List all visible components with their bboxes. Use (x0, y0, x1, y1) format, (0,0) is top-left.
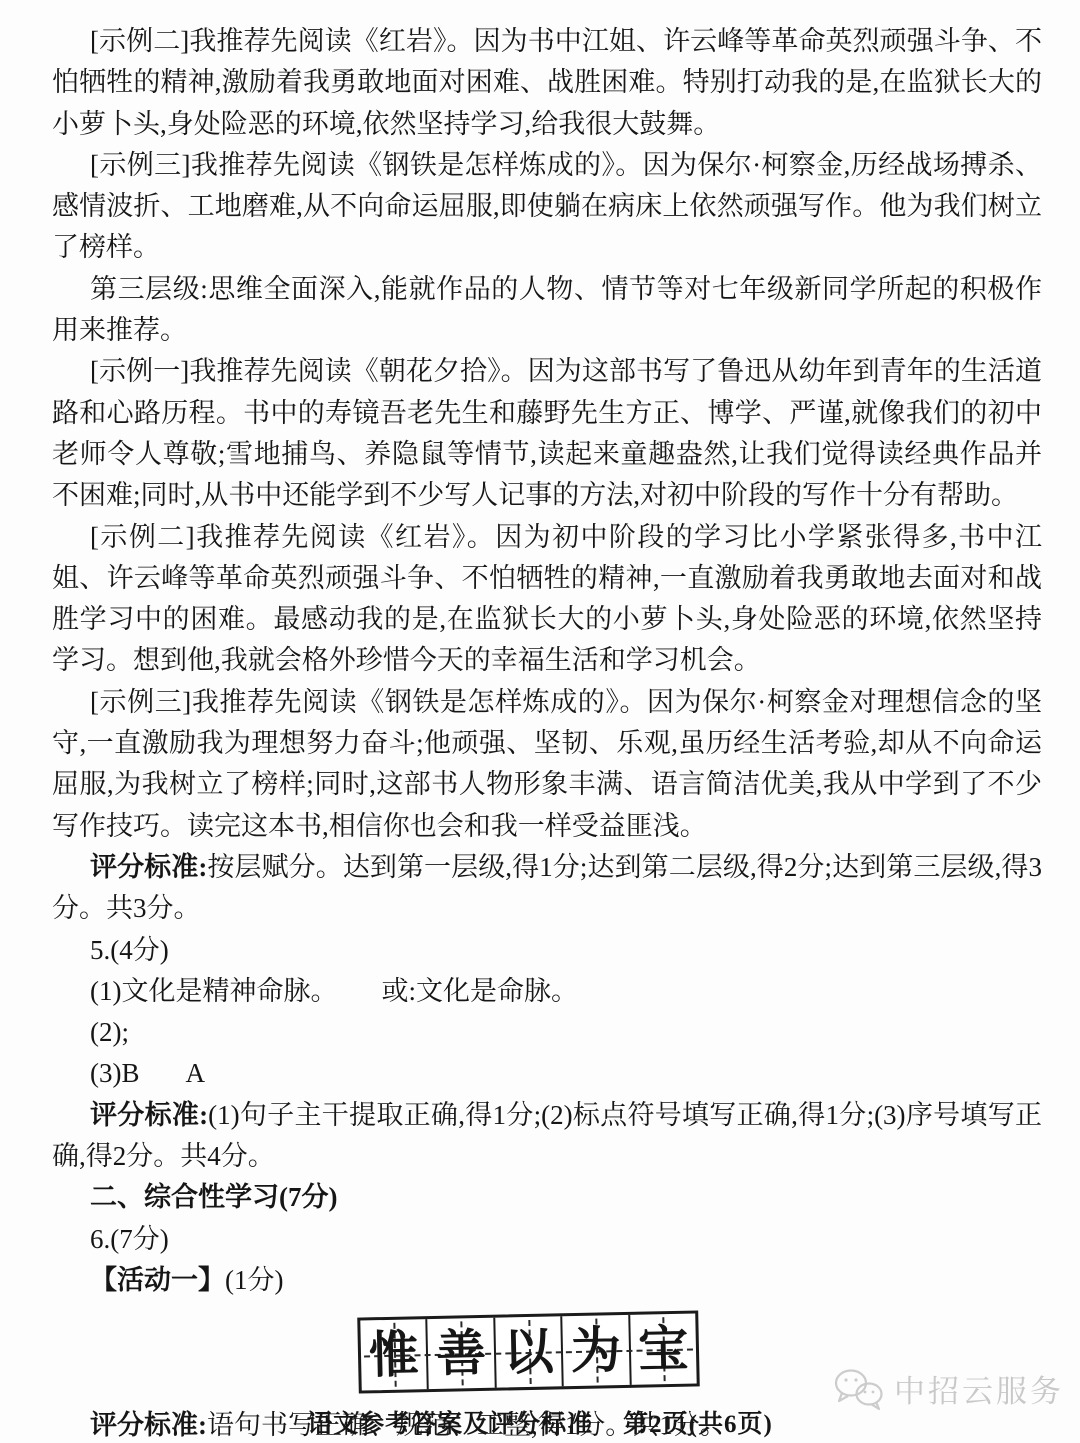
question-6-activity-1: 【活动一】(1分) (52, 1260, 1042, 1301)
calligraphy-char: 善 (436, 1328, 487, 1379)
footer-doc-title: 语文参考答案及评分标准 (307, 1411, 593, 1438)
footer-page-number: 第2页(共6页) (623, 1411, 773, 1438)
calligraphy-char: 以 (503, 1327, 554, 1378)
calligraphy-cell: 为 (562, 1315, 631, 1386)
watermark-text: 中招云服务 (894, 1366, 1064, 1411)
calligraphy-grid: 惟 善 以 为 宝 (357, 1311, 700, 1394)
paragraph-example1-zhaohuaxishi: [示例一]我推荐先阅读《朝花夕拾》。因为这部书写了鲁迅从幼年到青年的生活道路和心… (52, 351, 1042, 516)
paragraph-example2-hongyan: [示例二]我推荐先阅读《红岩》。因为书中江姐、许云峰等革命英烈顽强斗争、不怕牺牲… (52, 21, 1042, 145)
calligraphy-char: 为 (570, 1325, 621, 1376)
calligraphy-cell: 宝 (630, 1314, 697, 1385)
question-5-answer-3: (3)BA (52, 1053, 1042, 1094)
activity-1-score: (1分) (225, 1265, 283, 1295)
scoring-label: 评分标准: (90, 1100, 208, 1130)
scoring-label: 评分标准: (90, 852, 207, 882)
calligraphy-char: 宝 (638, 1324, 689, 1375)
answer-1-alt: 或:文化是命脉。 (381, 976, 578, 1006)
calligraphy-cell: 惟 (360, 1319, 429, 1390)
watermark: 中招云服务 (832, 1366, 1064, 1411)
paragraph-example3-gangtie: [示例三]我推荐先阅读《钢铁是怎样炼成的》。因为保尔·柯察金,历经战场搏杀、感情… (52, 145, 1042, 269)
scoring-note-q4: 评分标准:按层赋分。达到第一层级,得1分;达到第二层级,得2分;达到第三层级,得… (52, 847, 1042, 930)
question-5-answer-2: (2); (52, 1012, 1042, 1053)
wechat-icon (832, 1367, 886, 1411)
section-2-heading: 二、综合性学习(7分) (52, 1177, 1042, 1218)
question-6-number: 6.(7分) (52, 1219, 1042, 1260)
calligraphy-cell: 以 (495, 1316, 564, 1387)
answer-3-main: (3)B (90, 1058, 140, 1088)
calligraphy-char: 惟 (368, 1330, 419, 1381)
answer-1-main: (1)文化是精神命脉。 (90, 976, 337, 1006)
question-5-answer-1: (1)文化是精神命脉。或:文化是命脉。 (52, 971, 1042, 1012)
activity-1-label: 【活动一】 (90, 1265, 225, 1295)
paragraph-example2-hongyan-level3: [示例二]我推荐先阅读《红岩》。因为初中阶段的学习比小学紧张得多,书中江姐、许云… (52, 517, 1042, 682)
answer-sheet-page: [示例二]我推荐先阅读《红岩》。因为书中江姐、许云峰等革命英烈顽强斗争、不怕牺牲… (0, 0, 1080, 1443)
paragraph-example3-gangtie-level3: [示例三]我推荐先阅读《钢铁是怎样炼成的》。因为保尔·柯察金对理想信念的坚守,一… (52, 682, 1042, 847)
calligraphy-cell: 善 (428, 1318, 497, 1389)
question-5-number: 5.(4分) (52, 930, 1042, 971)
scoring-note-q5: 评分标准:(1)句子主干提取正确,得1分;(2)标点符号填写正确,得1分;(3)… (52, 1095, 1042, 1178)
paragraph-level3-criteria: 第三层级:思维全面深入,能就作品的人物、情节等对七年级新同学所起的积极作用来推荐… (52, 269, 1042, 352)
answer-3-alt: A (186, 1058, 206, 1088)
